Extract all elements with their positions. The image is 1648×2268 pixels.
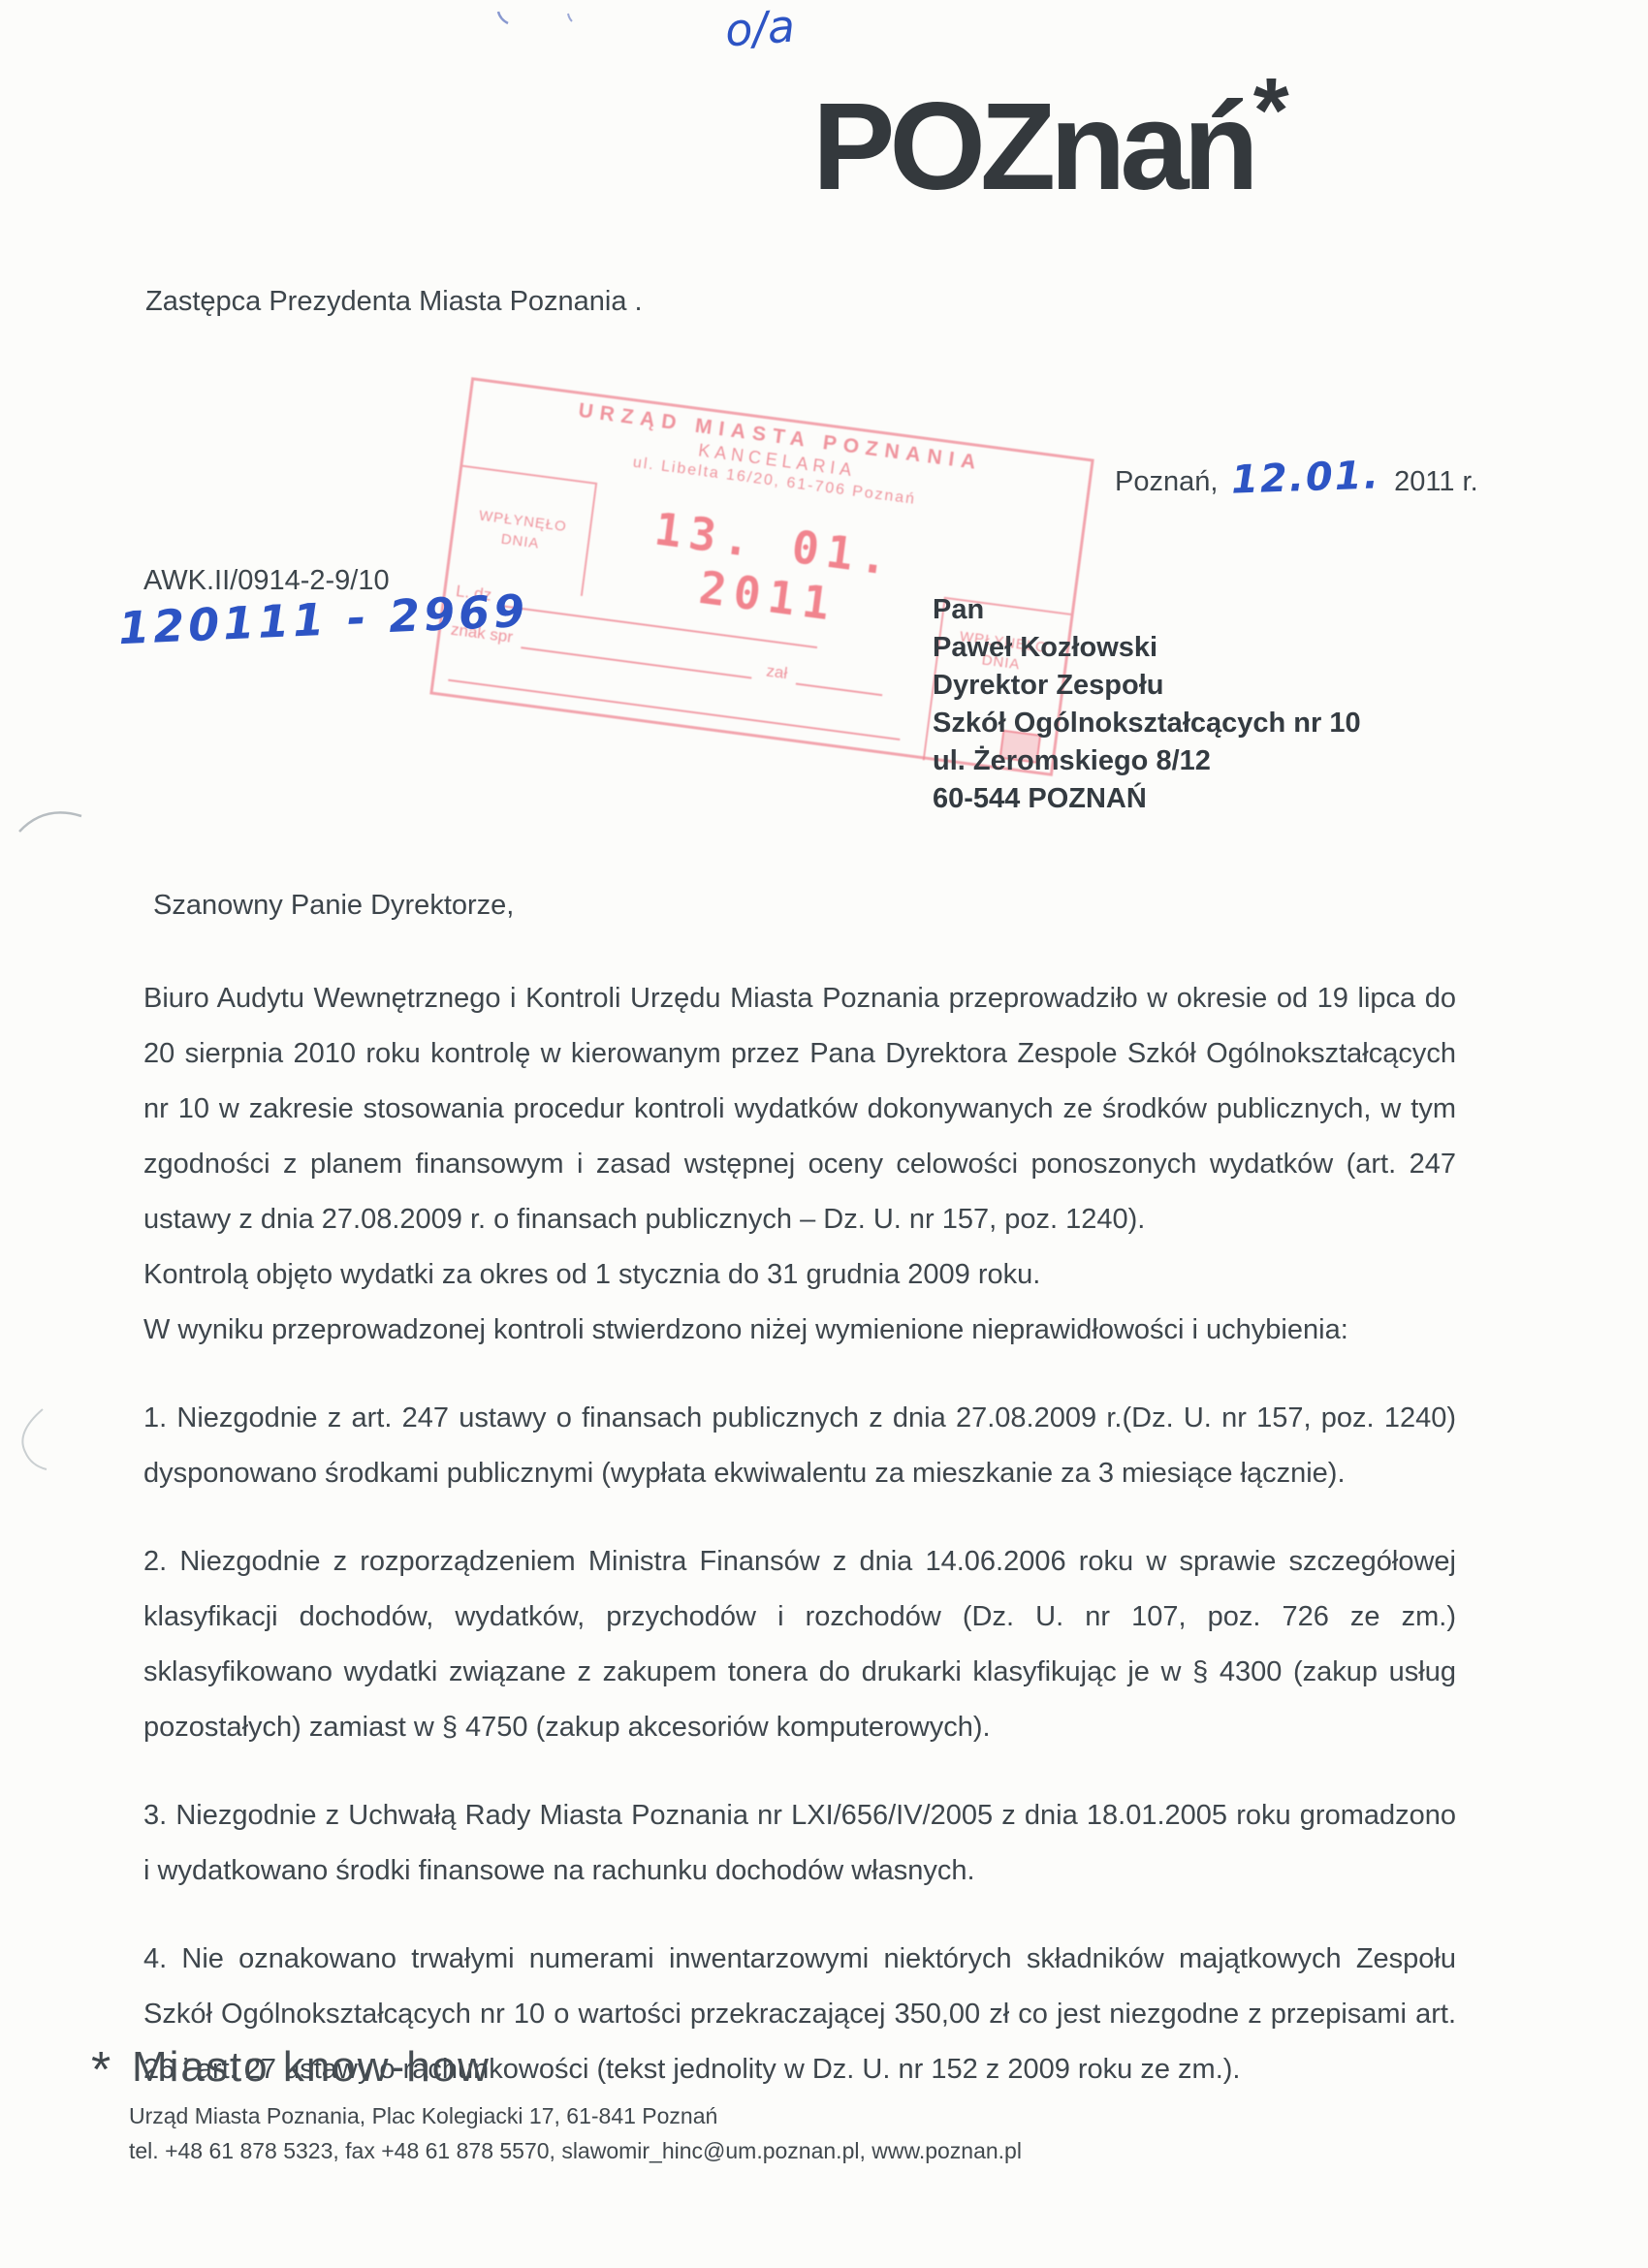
poznan-logo: POZnań* [812,85,1472,209]
scan-artifact-curve-left-2 [14,1405,62,1473]
recipient-line: Dyrektor Zespołu [933,667,1361,705]
footer-contact: tel. +48 61 878 5323, fax +48 61 878 557… [129,2138,1022,2164]
finding-item-1: 1. Niezgodnie z art. 247 ustawy o finans… [143,1391,1456,1501]
recipient-line: ul. Żeromskiego 8/12 [933,742,1361,780]
sender-title: Zastępca Prezydenta Miasta Poznania . [145,286,643,318]
stamp-received-left-word2: DNIA [499,529,540,554]
salutation: Szanowny Panie Dyrektorze, [153,890,514,922]
body-scope-line: Kontrolą objęto wydatki za okres od 1 st… [143,1247,1456,1303]
recipient-block: Pan Paweł Kozłowski Dyrektor Zespołu Szk… [933,591,1361,818]
recipient-line: 60-544 POZNAŃ [933,780,1361,818]
recipient-line: Paweł Kozłowski [933,629,1361,667]
finding-item-3: 3. Niezgodnie z Uchwałą Rady Miasta Pozn… [143,1788,1456,1899]
letter-body: Biuro Audytu Wewnętrznego i Kontroli Urz… [143,971,1456,2097]
dateline-city: Poznań, [1115,466,1218,498]
finding-item-2: 2. Niezgodnie z rozporządzeniem Ministra… [143,1534,1456,1755]
scan-speck-top-left [492,8,580,37]
footer-brand: Miasto know-how [132,2043,491,2092]
poznan-logo-asterisk-icon: * [1253,58,1289,164]
footer-address: Urząd Miasta Poznania, Plac Kolegiacki 1… [129,2103,717,2129]
scan-artifact-curve-left-1 [17,803,85,841]
recipient-line: Szkół Ogólnokształcących nr 10 [933,705,1361,742]
stamp-znak-blank-line [521,631,753,679]
stamp-zal-label: zał [765,662,788,684]
stamp-received-left: WPŁYNĘŁO DNIA [448,465,597,596]
scanned-letter-page: { "scan": { "annotation_top": "o/a" }, "… [0,0,1648,2268]
recipient-line: Pan [933,591,1361,629]
body-findings-line: W wyniku przeprowadzonej kontroli stwier… [143,1303,1456,1358]
dateline-year: 2011 r. [1394,466,1478,498]
stamp-zal-blank-line [796,667,885,696]
dateline: Poznań, 12.01. 2011 r. [1115,456,1478,500]
body-paragraph-1: Biuro Audytu Wewnętrznego i Kontroli Urz… [143,971,1456,1247]
poznan-logo-wordmark: POZnań [812,85,1253,209]
footer-asterisk-icon: * [91,2041,111,2099]
handwritten-annotation: o/a [723,0,796,56]
dateline-handwritten-date: 12.01. [1231,453,1381,502]
